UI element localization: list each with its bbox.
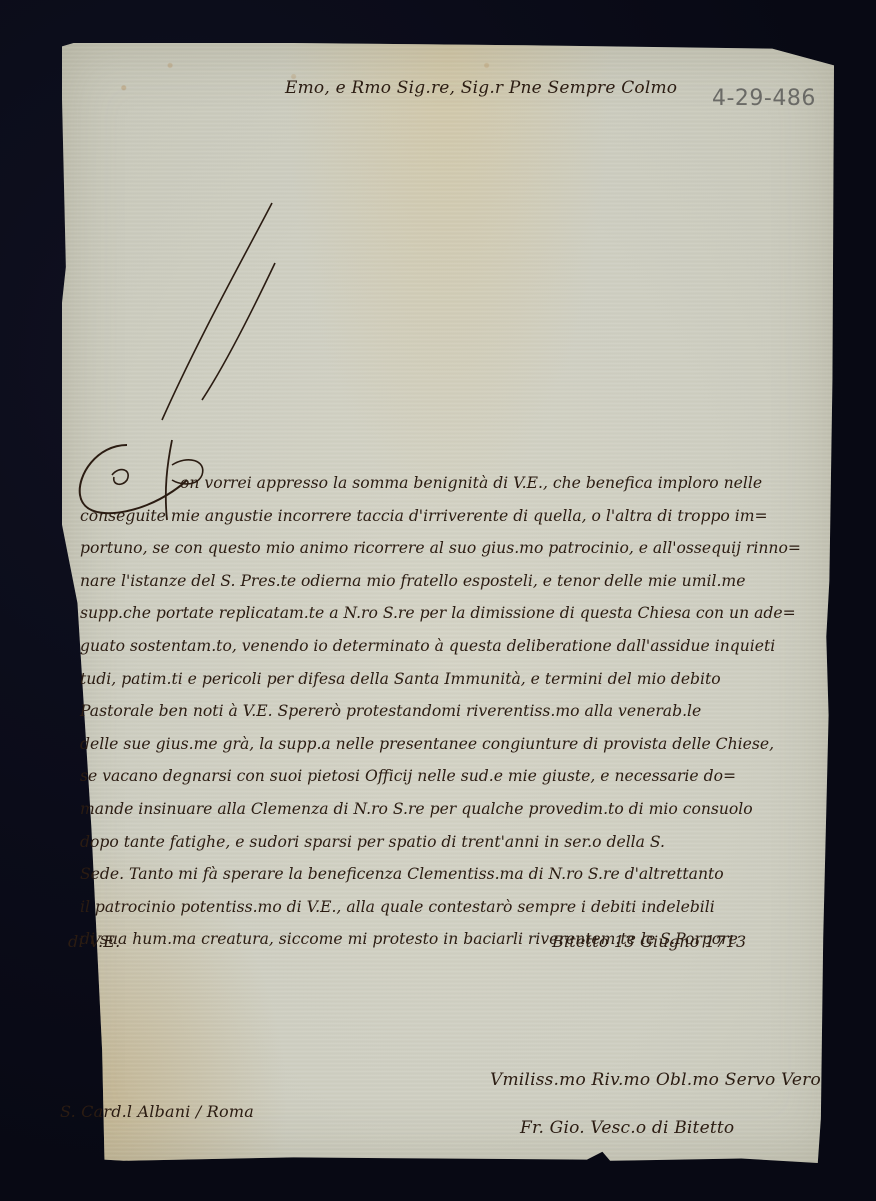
margin-slash-marks [150,195,290,425]
addressee: S. Card.l Albani / Roma [60,1102,254,1121]
body-line-7: tudi, patim.ti e pericoli per difesa del… [80,670,830,703]
body-line-9: delle sue gius.me grà, la supp.a nelle p… [80,735,830,768]
body-line-11: mande insinuare alla Clemenza di N.ro S.… [80,800,830,833]
header-salutation: Emo, e Rmo Sig.re, Sig.r Pne Sempre Colm… [285,78,677,98]
archive-number: 4-29-486 [712,86,816,111]
signature-line-1: Vmiliss.mo Riv.mo Obl.mo Servo Vero [490,1070,821,1090]
body-line-5: supp.che portate replicatam.te a N.ro S.… [80,604,830,637]
body-line-12: dopo tante fatighe, e sudori sparsi per … [80,833,830,866]
body-line-6: guato sostentam.to, venendo io determina… [80,637,830,670]
body-line-13: Sede. Tanto mi fà sperare la beneficenza… [80,865,830,898]
body-line-4: nare l'istanze del S. Pres.te odierna mi… [80,572,830,605]
signature-line-2: Fr. Gio. Vesc.o di Bitetto [520,1118,734,1138]
body-line-3: portuno, se con questo mio animo ricorre… [80,539,830,572]
body-line-14: il patrocinio potentiss.mo di V.E., alla… [80,898,830,931]
body-line-1: on vorrei appresso la somma benignità di… [80,474,830,507]
body-line-8: Pastorale ben noti à V.E. Spererò protes… [80,702,830,735]
body-line-10: se vacano degnarsi con suoi pietosi Offi… [80,767,830,800]
closing-reference: di V.E. [68,932,120,951]
date-line: Bitetto 13 Giugno 1713 [552,932,746,951]
letter-body: on vorrei appresso la somma benignità di… [80,474,830,963]
body-line-2: conseguite mie angustie incorrere taccia… [80,507,830,540]
